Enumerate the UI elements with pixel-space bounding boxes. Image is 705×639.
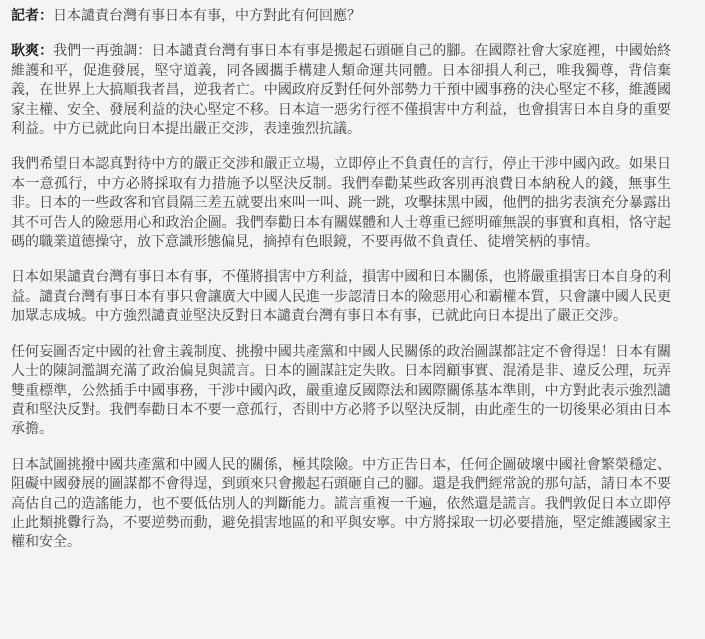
question-paragraph: 記者：日本譴責台灣有事日本有事，中方對此有何回應？	[11, 7, 671, 26]
answer-text-2: 我們希望日本認真對待中方的嚴正交涉和嚴正立場，立即停止不負責任的言行，停止干涉中…	[11, 156, 671, 250]
answer-paragraph-3: 日本如果譴責台灣有事日本有事，不僅將損害中方利益，損害中國和日本關係，也將嚴重損…	[11, 268, 671, 326]
answer-paragraph-4: 任何妄圖否定中國的社會主義制度、挑撥中國共產黨和中國人民關係的政治圖謀都註定不會…	[11, 343, 671, 440]
answer-paragraph-2: 我們希望日本認真對待中方的嚴正交涉和嚴正立場，立即停止不負責任的言行，停止干涉中…	[11, 155, 671, 252]
answer-text-1: 我們一再強調：日本譴責台灣有事日本有事是搬起石頭砸自己的腳。在國際社會大家庭裡，…	[11, 43, 671, 137]
transcript-page: 記者：日本譴責台灣有事日本有事，中方對此有何回應？ 耿爽：我們一再強調：日本譴責…	[0, 0, 705, 639]
answer-paragraph-5: 日本試圖挑撥中國共產黨和中國人民的關係，極其陰險。中方正告日本，任何企圖破壞中國…	[11, 456, 671, 553]
question-text: 日本譴責台灣有事日本有事，中方對此有何回應？	[53, 8, 361, 24]
answer-text-4: 任何妄圖否定中國的社會主義制度、挑撥中國共產黨和中國人民關係的政治圖謀都註定不會…	[11, 344, 671, 438]
reporter-speaker-label: 記者：	[11, 8, 53, 24]
answer-text-5: 日本試圖挑撥中國共產黨和中國人民的關係，極其陰險。中方正告日本，任何企圖破壞中國…	[11, 457, 671, 551]
answer-text-3: 日本如果譴責台灣有事日本有事，不僅將損害中方利益，損害中國和日本關係，也將嚴重損…	[11, 269, 671, 324]
spokesperson-speaker-label: 耿爽：	[11, 43, 53, 59]
answer-paragraph-1: 耿爽：我們一再強調：日本譴責台灣有事日本有事是搬起石頭砸自己的腳。在國際社會大家…	[11, 42, 671, 139]
